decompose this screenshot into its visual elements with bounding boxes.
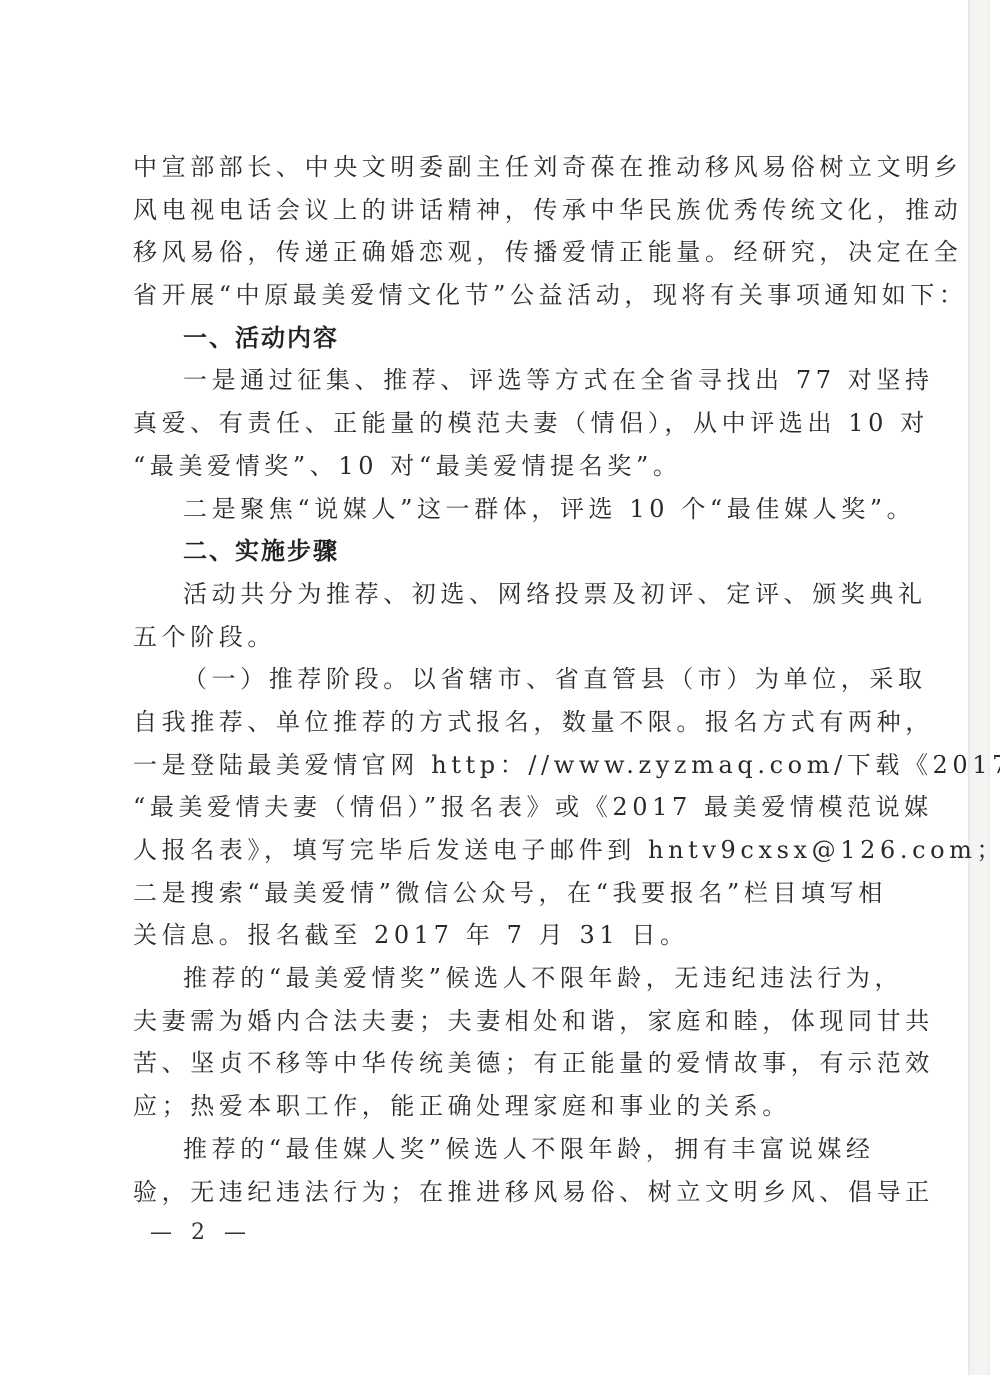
text-line: “最美爱情夫妻（情侣）”报名表》或《2017 最美爱情模范说媒 xyxy=(133,786,858,829)
text-line: 风电视电话会议上的讲话精神，传承中华民族优秀传统文化，推动 xyxy=(133,189,858,232)
text-line: 二是聚焦“说媒人”这一群体，评选 10 个“最佳媒人奖”。 xyxy=(133,488,858,531)
text-line: 省开展“中原最美爱情文化节”公益活动，现将有关事项通知如下： xyxy=(133,274,858,317)
text-line-website: 一是登陆最美爱情官网 http：//www.zyzmaq.com/下载《2017 xyxy=(133,744,858,787)
text-line: 推荐的“最美爱情奖”候选人不限年龄，无违纪违法行为， xyxy=(133,957,858,1000)
text-line-deadline: 关信息。报名截至 2017 年 7 月 31 日。 xyxy=(133,914,858,957)
text-line: 二是搜索“最美爱情”微信公众号，在“我要报名”栏目填写相 xyxy=(133,872,858,915)
text-line: 移风易俗，传递正确婚恋观，传播爱情正能量。经研究，决定在全 xyxy=(133,231,858,274)
section-heading-implementation-steps: 二、实施步骤 xyxy=(133,530,858,573)
page-number: — 2 — xyxy=(150,1220,252,1245)
text-line: 苦、坚贞不移等中华传统美德；有正能量的爱情故事，有示范效 xyxy=(133,1042,858,1085)
text-line: （一）推荐阶段。以省辖市、省直管县（市）为单位，采取 xyxy=(133,658,858,701)
text-line: 应；热爱本职工作，能正确处理家庭和事业的关系。 xyxy=(133,1085,858,1128)
text-line: 推荐的“最佳媒人奖”候选人不限年龄，拥有丰富说媒经 xyxy=(133,1128,858,1171)
text-line: 中宣部部长、中央文明委副主任刘奇葆在推动移风易俗树立文明乡 xyxy=(133,146,858,189)
text-line: 自我推荐、单位推荐的方式报名，数量不限。报名方式有两种， xyxy=(133,701,858,744)
text-line: 验，无违纪违法行为；在推进移风易俗、树立文明乡风、倡导正 xyxy=(133,1171,858,1214)
text-line: “最美爱情奖”、10 对“最美爱情提名奖”。 xyxy=(133,445,858,488)
document-body: 中宣部部长、中央文明委副主任刘奇葆在推动移风易俗树立文明乡 风电视电话会议上的讲… xyxy=(133,146,858,1213)
text-line: 真爱、有责任、正能量的模范夫妻（情侣），从中评选出 10 对 xyxy=(133,402,858,445)
text-line: 一是通过征集、推荐、评选等方式在全省寻找出 77 对坚持 xyxy=(133,359,858,402)
text-line: 活动共分为推荐、初选、网络投票及初评、定评、颁奖典礼 xyxy=(133,573,858,616)
text-line-email: 人报名表》，填写完毕后发送电子邮件到 hntv9cxsx@126.com； xyxy=(133,829,858,872)
section-heading-activity-content: 一、活动内容 xyxy=(133,317,858,360)
text-line: 五个阶段。 xyxy=(133,616,858,659)
scan-edge-strip xyxy=(968,0,990,1375)
text-line: 夫妻需为婚内合法夫妻；夫妻相处和谐，家庭和睦，体现同甘共 xyxy=(133,1000,858,1043)
